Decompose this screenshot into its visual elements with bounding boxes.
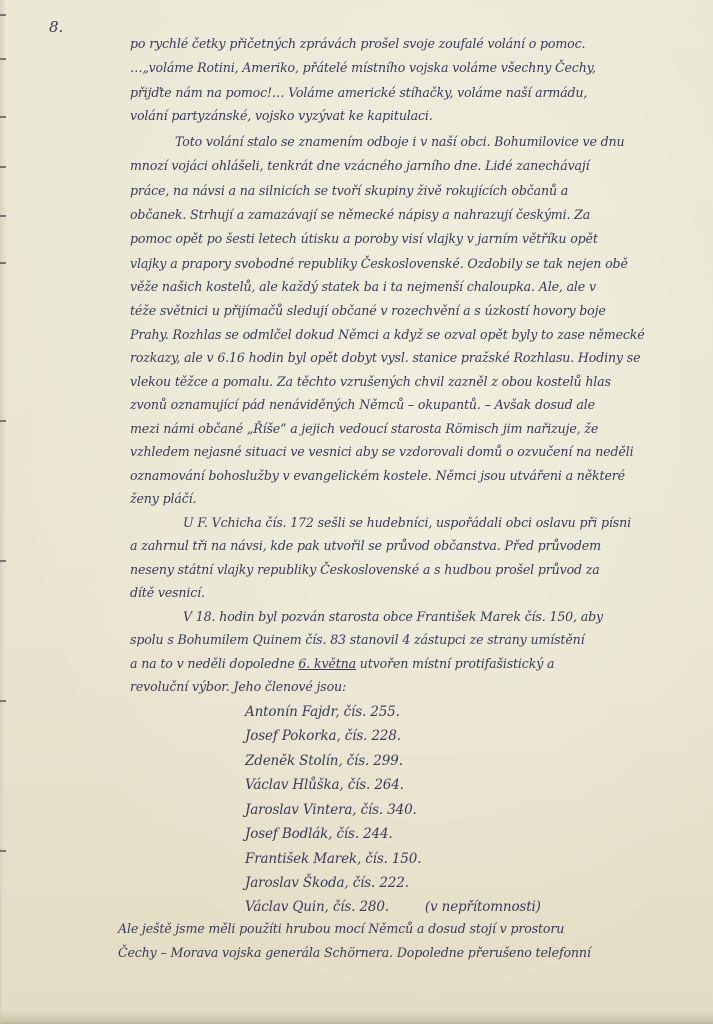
- text-line: rozkazy, ale v 6.16 hodin byl opět dobyt…: [130, 352, 640, 365]
- text-line: mnozí vojáci ohlášeli, tenkrát dne vzácn…: [130, 160, 590, 173]
- member-name: Josef Bodlák,: [245, 826, 336, 842]
- committee-member: Jaroslav Škoda, čís. 222.: [245, 877, 409, 891]
- page-number: 8.: [49, 18, 63, 36]
- binding-stitch: [0, 700, 6, 702]
- member-house-number: čís. 280.: [333, 899, 389, 915]
- underlined-date: 6. května: [298, 656, 356, 671]
- member-house-number: čís. 150.: [365, 851, 421, 867]
- text-line: …„voláme Rotini, Ameriko, přátelé místní…: [130, 62, 596, 75]
- binding-stitch: [0, 560, 6, 562]
- text-line: přijďte nám na pomoc!… Voláme americké s…: [130, 87, 587, 100]
- text-line: zvonů oznamující pád nenáviděných Němců …: [130, 399, 595, 412]
- text-line: práce, na návsi a na silnicích se tvoří …: [130, 185, 568, 198]
- text-line: Toto volání stalo se znamením odboje i v…: [175, 136, 624, 149]
- text-line: dítě vesnicí.: [130, 587, 205, 600]
- text-line: Čechy – Morava vojska generála Schörnera…: [118, 947, 591, 960]
- committee-member: Josef Bodlák, čís. 244.: [245, 828, 393, 842]
- committee-member: Václav Quin, čís. 280.(v nepřítomnosti): [245, 901, 541, 915]
- member-name: Jaroslav Škoda,: [245, 875, 353, 891]
- text-line: volání partyzánské, vojsko vyzývat ke ka…: [130, 110, 433, 123]
- text-line: neseny státní vlajky republiky Českoslov…: [130, 564, 600, 577]
- committee-member: Josef Pokorka, čís. 228.: [245, 730, 401, 744]
- member-house-number: čís. 264.: [348, 777, 404, 793]
- member-house-number: čís. 299.: [347, 753, 403, 769]
- committee-member: Zdeněk Stolín, čís. 299.: [245, 755, 403, 769]
- committee-member: František Marek, čís. 150.: [245, 853, 421, 867]
- text-line: téže světnici u přijímačů sledují občané…: [130, 305, 606, 318]
- text-line: vlajky a prapory svobodné republiky Česk…: [130, 258, 628, 271]
- member-note: (v nepřítomnosti): [425, 899, 541, 915]
- text-line: občanek. Strhují a zamazávají se německé…: [130, 209, 590, 222]
- text-line: pomoc opět po šesti letech útisku a poro…: [130, 233, 598, 246]
- text-line: a na to v neděli dopoledne 6. května utv…: [130, 658, 554, 671]
- text-line: věže našich kostelů, ale každý statek ba…: [130, 281, 596, 294]
- binding-stitch: [0, 14, 6, 16]
- committee-member: Jaroslav Vintera, čís. 340.: [245, 804, 417, 818]
- text-line: Ale ještě jsme měli použíti hrubou mocí …: [118, 923, 564, 936]
- text-line: revoluční výbor. Jeho členové jsou:: [130, 681, 346, 694]
- page-bottom-edge: [0, 1010, 713, 1024]
- member-name: Václav Quin,: [245, 899, 333, 915]
- text-line: ženy pláčí.: [130, 493, 196, 506]
- binding-stitch: [0, 166, 6, 168]
- member-name: Zdeněk Stolín,: [245, 753, 347, 769]
- binding-stitch: [0, 850, 6, 852]
- chronicle-page: 8. po rychlé četky přičetných zprávách p…: [0, 0, 713, 1024]
- member-name: Jaroslav Vintera,: [245, 802, 361, 818]
- member-name: Josef Pokorka,: [245, 728, 345, 744]
- text-line: spolu s Bohumilem Quinem čís. 83 stanovi…: [130, 634, 584, 647]
- binding-stitch: [0, 262, 6, 264]
- binding-stitch: [0, 116, 6, 118]
- text-line: po rychlé četky přičetných zprávách proš…: [130, 38, 585, 51]
- committee-member: Václav Hlůška, čís. 264.: [245, 779, 404, 793]
- page-binding: [0, 0, 6, 1024]
- text-line: Prahy. Rozhlas se odmlčel dokud Němci a …: [130, 329, 645, 342]
- binding-stitch: [0, 58, 6, 60]
- text-line: vzhledem nejasné situaci ve vesnici aby …: [130, 446, 633, 459]
- text-line: a zahrnul tři na návsi, kde pak utvořil …: [130, 540, 601, 553]
- text-line: vlekou těžce a pomalu. Za těchto vzrušen…: [130, 376, 611, 389]
- committee-member: Antonín Fajdr, čís. 255.: [245, 706, 400, 720]
- binding-stitch: [0, 420, 6, 422]
- member-house-number: čís. 244.: [336, 826, 392, 842]
- text-line: mezi námi občané „Říše“ a jejich vedoucí…: [130, 423, 598, 436]
- text-line: oznamování bohoslužby v evangelickém kos…: [130, 470, 625, 483]
- text-line: V 18. hodin byl pozván starosta obce Fra…: [183, 611, 603, 624]
- binding-stitch: [0, 215, 6, 217]
- member-name: Antonín Fajdr,: [245, 704, 344, 720]
- text-line: U F. Vchicha čís. 172 sešli se hudebníci…: [183, 517, 631, 530]
- member-house-number: čís. 222.: [353, 875, 409, 891]
- member-house-number: čís. 255.: [344, 704, 400, 720]
- member-name: František Marek,: [245, 851, 365, 867]
- member-house-number: čís. 340.: [361, 802, 417, 818]
- member-name: Václav Hlůška,: [245, 777, 348, 793]
- member-house-number: čís. 228.: [345, 728, 401, 744]
